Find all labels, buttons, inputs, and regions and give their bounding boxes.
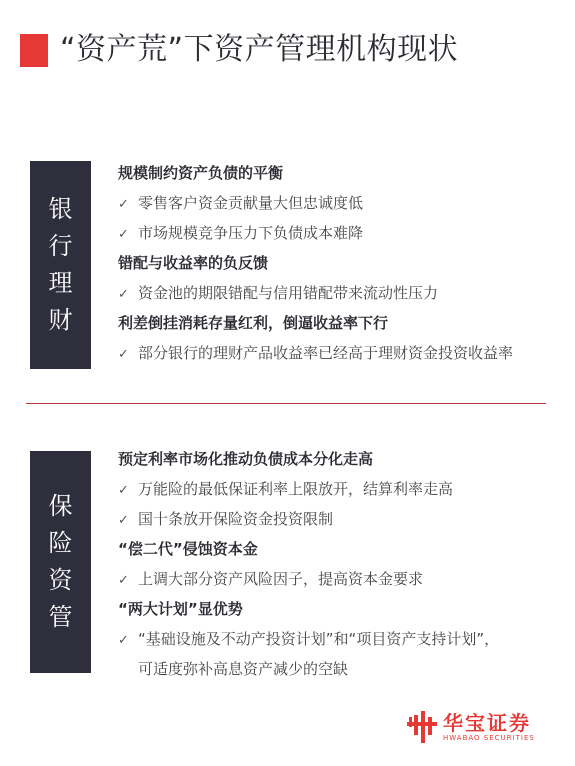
- section-heading: 规模制约资产负债的平衡: [118, 158, 513, 188]
- list-item: ✓部分银行的理财产品收益率已经高于理财资金投资收益率: [118, 338, 513, 368]
- list-item: ✓上调大部分资产风险因子，提高资本金要求: [118, 564, 499, 594]
- list-item: ✓零售客户资金贡献量大但忠诚度低: [118, 188, 513, 218]
- company-logo: 华宝证券 HWABAO SECURITIES: [407, 711, 535, 743]
- check-icon: ✓: [118, 506, 138, 536]
- row-text: 万能险的最低保证利率上限放开，结算利率走高: [138, 480, 453, 498]
- row-text: 错配与收益率的负反馈: [118, 254, 268, 272]
- title-accent-block: [20, 34, 48, 67]
- section-insurance-am-content: 预定利率市场化推动负债成本分化走高✓万能险的最低保证利率上限放开，结算利率走高✓…: [118, 444, 499, 684]
- row-text: 资金池的期限错配与信用错配带来流动性压力: [138, 284, 438, 302]
- list-item: ✓国十条放开保险资金投资限制: [118, 504, 499, 534]
- section-divider: [26, 403, 546, 404]
- list-item: 可适度弥补高息资产减少的空缺: [118, 654, 499, 684]
- list-item: ✓“基础设施及不动产投资计划”和“项目资产支持计划”，: [118, 624, 499, 654]
- row-text: 部分银行的理财产品收益率已经高于理财资金投资收益率: [138, 344, 513, 362]
- row-text: “基础设施及不动产投资计划”和“项目资产支持计划”，: [138, 630, 499, 648]
- page-title: “资产荒”下资产管理机构现状: [60, 30, 458, 70]
- check-icon: ✓: [118, 190, 138, 220]
- list-item: ✓市场规模竞争压力下负债成本难降: [118, 218, 513, 248]
- section-heading: “两大计划”显优势: [118, 594, 499, 624]
- check-icon: ✓: [118, 340, 138, 370]
- check-icon: ✓: [118, 280, 138, 310]
- section-heading: 错配与收益率的负反馈: [118, 248, 513, 278]
- section-bank-wealth-content: 规模制约资产负债的平衡✓零售客户资金贡献量大但忠诚度低✓市场规模竞争压力下负债成…: [118, 158, 513, 368]
- check-icon: ✓: [118, 476, 138, 506]
- row-text: 规模制约资产负债的平衡: [118, 164, 283, 182]
- section-label-insurance-am: 保险资管: [30, 451, 91, 673]
- row-text: 国十条放开保险资金投资限制: [138, 510, 333, 528]
- row-text: 零售客户资金贡献量大但忠诚度低: [138, 194, 363, 212]
- row-text: “偿二代”侵蚀资本金: [118, 540, 258, 558]
- row-text: 可适度弥补高息资产减少的空缺: [138, 660, 348, 678]
- row-text: 预定利率市场化推动负债成本分化走高: [118, 450, 373, 468]
- section-heading: 预定利率市场化推动负债成本分化走高: [118, 444, 499, 474]
- row-text: 市场规模竞争压力下负债成本难降: [138, 224, 363, 242]
- row-text: 利差倒挂消耗存量红利，倒逼收益率下行: [118, 314, 388, 332]
- logo-mark-icon: [407, 711, 437, 743]
- list-item: ✓资金池的期限错配与信用错配带来流动性压力: [118, 278, 513, 308]
- check-icon: ✓: [118, 566, 138, 596]
- logo-text-en: HWABAO SECURITIES: [443, 734, 535, 743]
- check-icon: ✓: [118, 220, 138, 250]
- check-icon: ✓: [118, 626, 138, 656]
- list-item: ✓万能险的最低保证利率上限放开，结算利率走高: [118, 474, 499, 504]
- section-heading: “偿二代”侵蚀资本金: [118, 534, 499, 564]
- section-label-bank-wealth: 银行理财: [30, 161, 91, 369]
- section-heading: 利差倒挂消耗存量红利，倒逼收益率下行: [118, 308, 513, 338]
- logo-text-cn: 华宝证券: [443, 712, 535, 734]
- row-text: “两大计划”显优势: [118, 600, 243, 618]
- row-text: 上调大部分资产风险因子，提高资本金要求: [138, 570, 423, 588]
